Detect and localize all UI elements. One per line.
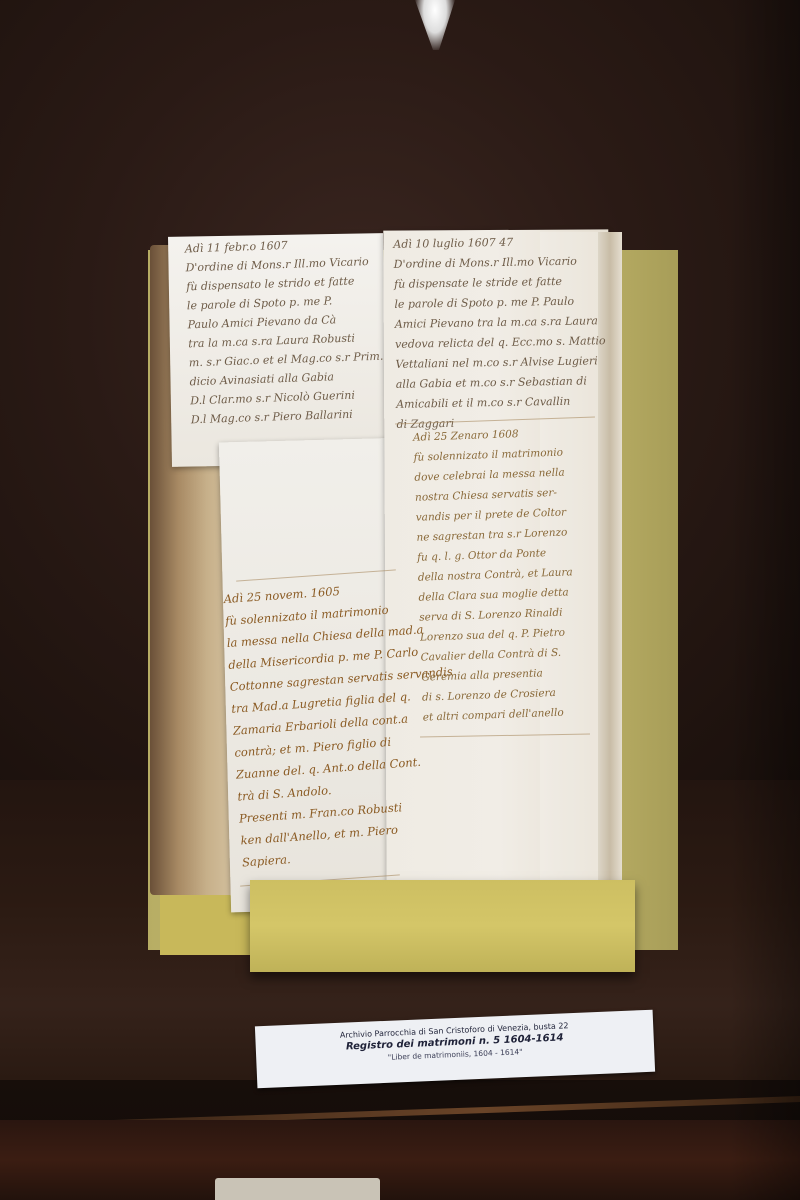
cabinet-front <box>0 1120 800 1200</box>
vignette <box>730 0 800 1200</box>
entry-left-top: Adì 11 febr.o 1607 D'ordine di Mons.r Il… <box>185 237 386 434</box>
cloth-fragment <box>215 1178 380 1200</box>
entry-right-bottom: Adì 25 Zenaro 1608 fù solennizato il mat… <box>413 427 578 732</box>
book-stand-front <box>250 880 635 972</box>
entry-right-top: Adì 10 luglio 1607 47 D'ordine di Mons.r… <box>393 235 607 439</box>
